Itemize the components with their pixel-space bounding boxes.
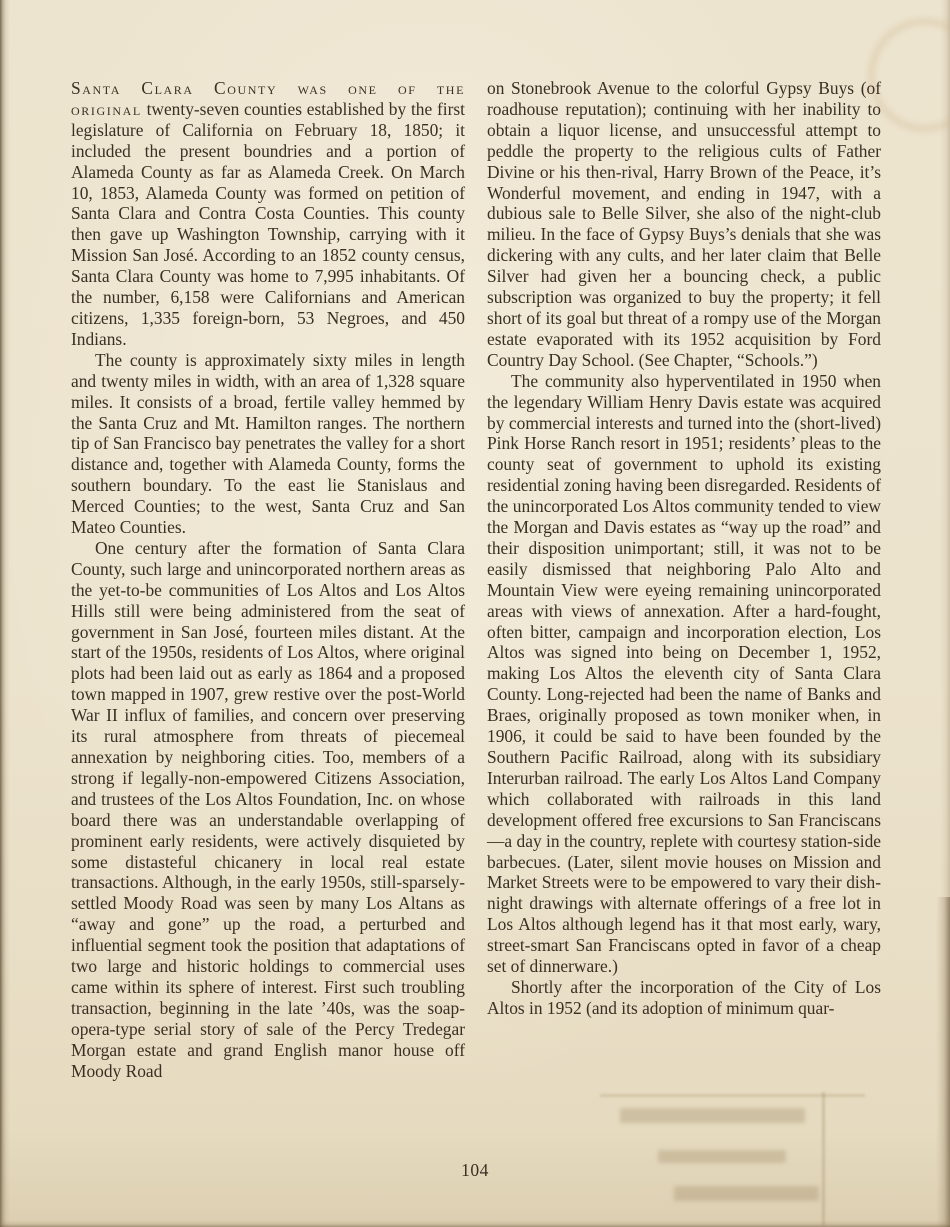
book-page: Santa Clara County was one of the origin… bbox=[0, 0, 950, 1227]
paragraph: Santa Clara County was one of the origin… bbox=[71, 78, 465, 350]
right-column: on Stonebrook Avenue to the colorful Gyp… bbox=[487, 78, 881, 1019]
paragraph: Shortly after the incorporation of the C… bbox=[487, 977, 881, 1019]
showthrough-text-line bbox=[674, 1186, 819, 1201]
paragraph: The community also hyperventilated in 19… bbox=[487, 371, 881, 977]
left-column: Santa Clara County was one of the origin… bbox=[71, 78, 465, 1082]
scan-edge-left bbox=[0, 0, 10, 1227]
showthrough-rule-horizontal bbox=[600, 1094, 865, 1097]
paragraph: The county is approximately sixty miles … bbox=[71, 350, 465, 538]
page-number: 104 bbox=[0, 1160, 950, 1181]
paragraph: on Stonebrook Avenue to the colorful Gyp… bbox=[487, 78, 881, 371]
showthrough-text-line bbox=[620, 1108, 805, 1123]
paragraph: One century after the formation of Santa… bbox=[71, 538, 465, 1082]
lead-smallcaps: Santa Clara County was one of the origin… bbox=[71, 78, 465, 119]
